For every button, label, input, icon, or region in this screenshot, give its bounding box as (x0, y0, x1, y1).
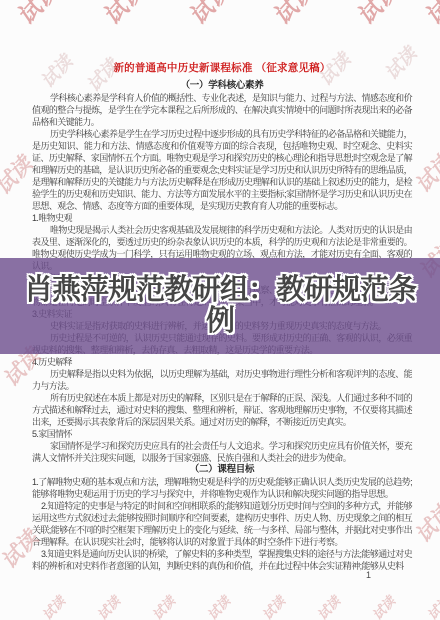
section-heading-course-goals: （二）课程目标 (32, 464, 412, 476)
shidu-watermark-stamp: 试读 (92, 591, 124, 620)
shidu-watermark-stamp: 试读 (408, 497, 440, 548)
watermark-banner: 肖燕萍规范教研组：教研规范条例 (0, 258, 440, 354)
shidu-watermark-stamp: 试读 (422, 591, 440, 620)
shidu-watermark-stamp: 试读 (93, 0, 151, 31)
document-page: 试读 试读 试读 试读 试读 试读 试读 试读 试读 试读 试读 试读 试读 试… (0, 0, 440, 620)
paragraph: 2.知道特定的史事是与特定的时间和空间相联系的;能够知道划分历史时间与空间的多种… (32, 500, 412, 548)
shidu-watermark-stamp: 试读 (312, 591, 344, 620)
section-heading-core-literacy: （一）学科核心素养 (32, 79, 412, 92)
watermark-banner-title: 肖燕萍规范教研组：教研规范条例 (17, 275, 423, 337)
page-number: 1 (366, 570, 371, 580)
paragraph: 所有历史叙述在本质上都是对历史的解释，区别只是在于解释的正误、深浅。人们通过多种… (32, 392, 412, 428)
shidu-watermark-stamp: 试读 (147, 591, 179, 620)
shidu-watermark-stamp: 试读 (179, 0, 237, 31)
shidu-watermark-stamp: 试读 (37, 591, 69, 620)
shidu-watermark-stamp: 试读 (263, 0, 321, 31)
paragraph: 1.了解唯物史观的基本观点和方法，理解唯物史观是科学的历史观;能够正确认识人类历… (32, 476, 412, 500)
document-title: 新的普通高中历史新课程标准 （征求意见稿） (32, 62, 412, 75)
paragraph: 家国情怀是学习和探究历史应具有的社会责任与人文追求。学习和探究历史应具有价值关怀… (32, 440, 412, 464)
paragraph: 学科核心素养是学科育人价值的概括性、专业化表述，是知识与能力、过程与方法、情感态… (32, 92, 412, 128)
shidu-watermark-stamp: 试读 (7, 0, 65, 31)
shidu-watermark-stamp: 试读 (257, 591, 289, 620)
subheading-materialist-history: 1.唯物史观 (32, 212, 412, 224)
shidu-watermark-stamp: 试读 (202, 591, 234, 620)
shidu-watermark-stamp: 试读 (347, 0, 405, 31)
subheading-historical-interpretation: 4.历史解释 (32, 356, 412, 368)
shidu-watermark-stamp: 试读 (408, 147, 440, 198)
shidu-watermark-stamp: 试读 (367, 591, 399, 620)
paragraph: 历史学科核心素养是学生在学习历史过程中逐步形成的具有历史学科特征的必备品格和关键… (32, 128, 412, 212)
paragraph: 历史解释是指以史料为依据，以历史理解为基础，对历史事物进行理性分析和客观评判的态… (32, 368, 412, 392)
paragraph: 3.知道史料是通向历史认识的桥梁，了解史料的多种类型，掌握搜集史料的途径与方法;… (32, 548, 412, 572)
shidu-watermark-stamp: 试读 (415, 0, 440, 31)
subheading-national-sentiment: 5.家国情怀 (32, 428, 412, 440)
